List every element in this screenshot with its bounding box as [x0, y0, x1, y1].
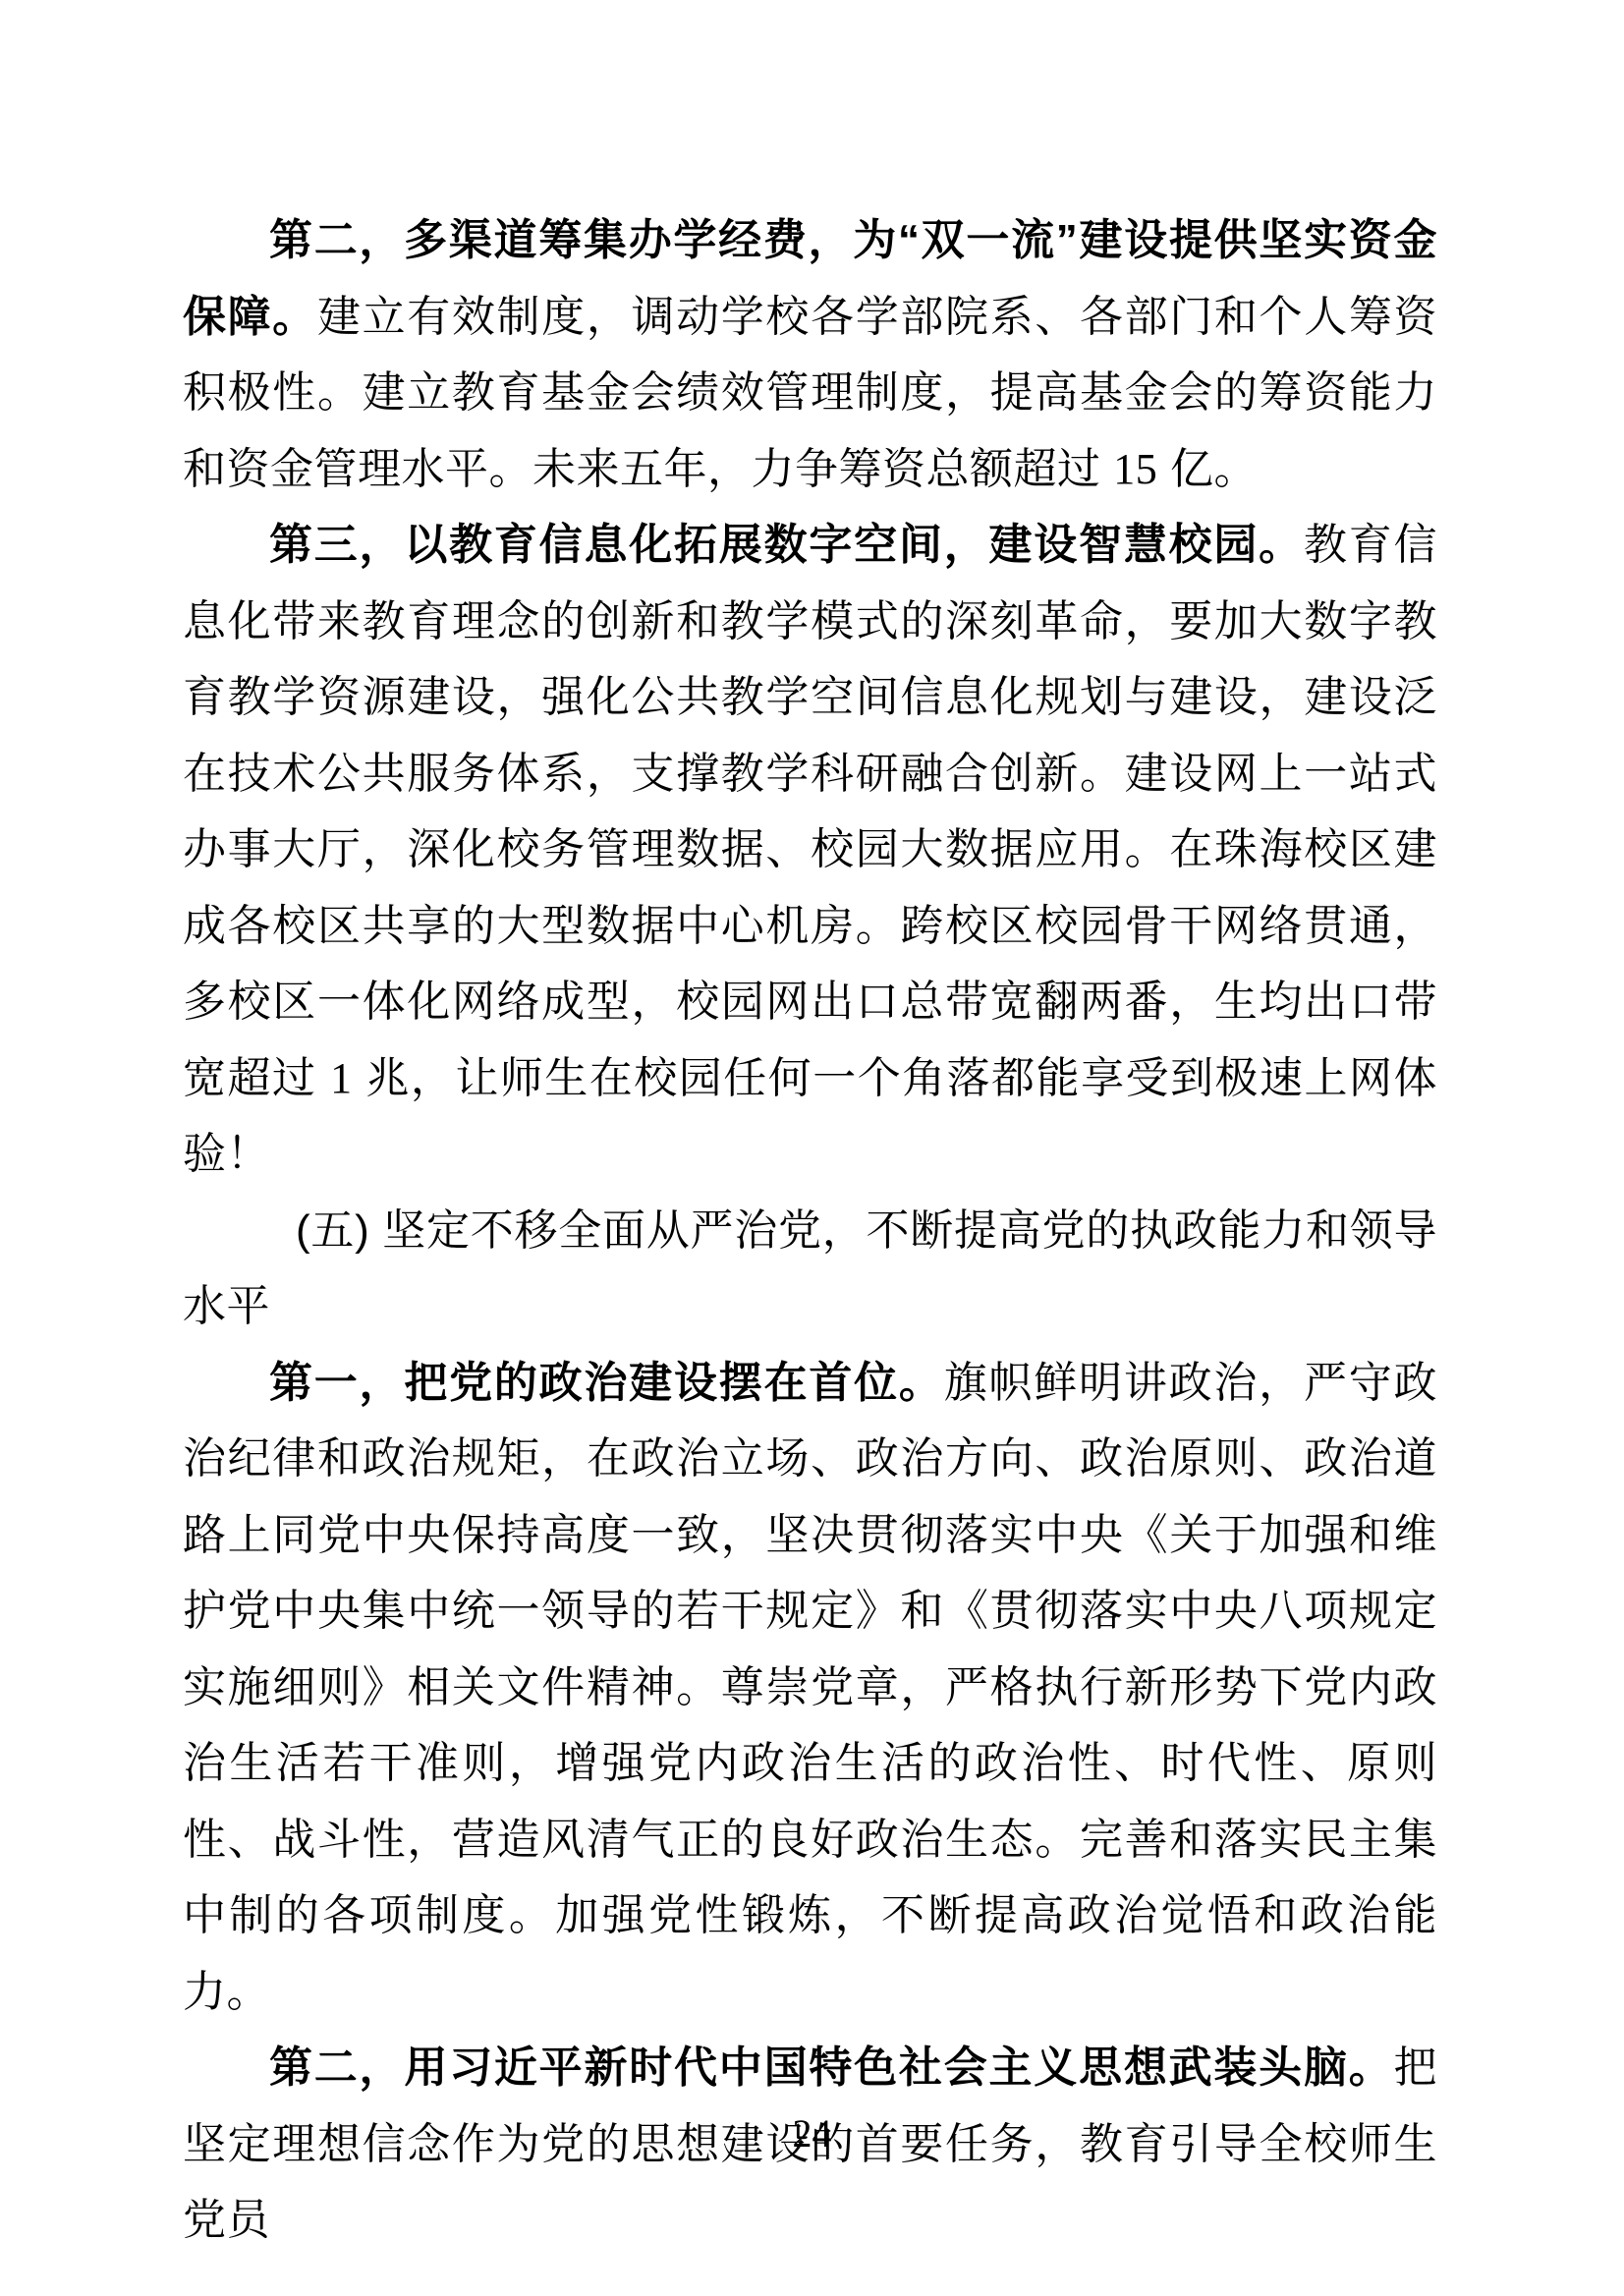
document-body: 第二，多渠道筹集办学经费，为“双一流”建设提供坚实资金保障。建立有效制度，调动学… — [183, 202, 1437, 2259]
paragraph: 第三，以教育信息化拓展数字空间，建设智慧校园。教育信息化带来教育理念的创新和教学… — [183, 507, 1437, 1193]
text-segment: 亿。 — [1157, 445, 1258, 493]
paragraph: (五) 坚定不移全面从严治党，不断提高党的执政能力和领导水平 — [183, 1193, 1437, 1345]
text-segment: 教育信息化带来教育理念的创新和教学模式的深刻革命，要加大数字教育教学资源建设，强… — [183, 521, 1437, 1102]
page-number: 24 — [0, 2110, 1624, 2157]
document-page: 第二，多渠道筹集办学经费，为“双一流”建设提供坚实资金保障。建立有效制度，调动学… — [0, 0, 1624, 2296]
text-segment: 第一，把党的政治建设摆在首位。 — [269, 1359, 944, 1407]
text-segment: 旗帜鲜明讲政治，严守政治纪律和政治规矩，在政治立场、政治方向、政治原则、政治道路… — [183, 1359, 1437, 2016]
paragraph: 第一，把党的政治建设摆在首位。旗帜鲜明讲政治，严守政治纪律和政治规矩，在政治立场… — [183, 1345, 1437, 2031]
text-segment: 第三，以教育信息化拓展数字空间，建设智慧校园。 — [269, 521, 1304, 569]
text-segment: 1 — [330, 1054, 353, 1102]
text-segment: 兆，让师生在校园任何一个角落都能享受到极速上网体验！ — [183, 1054, 1437, 1179]
text-segment: (五) 坚定不移全面从严治党，不断提高党的执政能力和领导水平 — [183, 1206, 1437, 1331]
text-segment: 15 — [1113, 445, 1157, 493]
paragraph: 第二，多渠道筹集办学经费，为“双一流”建设提供坚实资金保障。建立有效制度，调动学… — [183, 202, 1437, 507]
text-segment: 第二，用习近平新时代中国特色社会主义思想武装头脑。 — [269, 2044, 1394, 2092]
